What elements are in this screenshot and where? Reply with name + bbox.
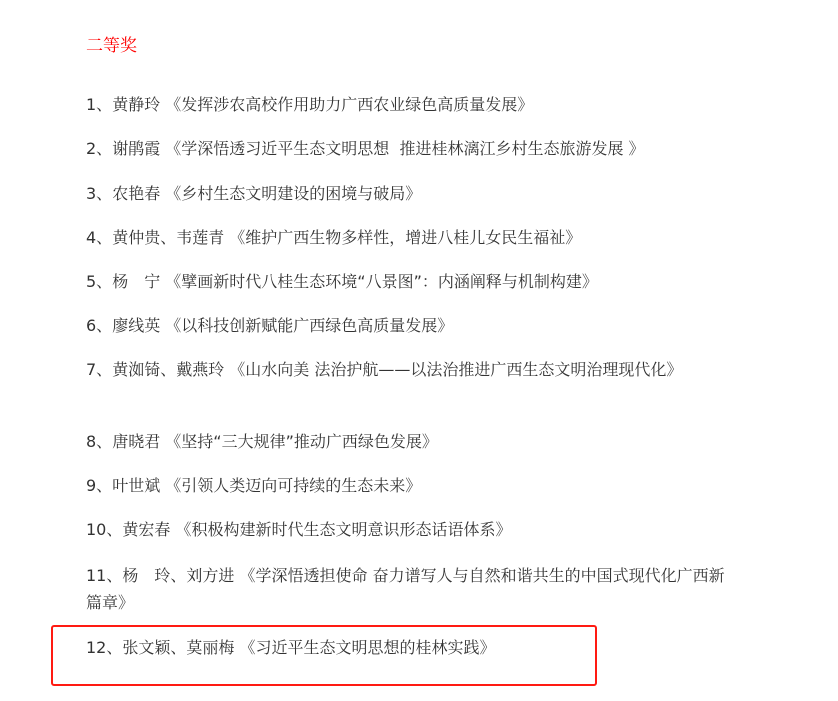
entry-title: 《以科技创新赋能广西绿色高质量发展》 xyxy=(165,316,453,335)
entry-number: 11、 xyxy=(86,566,122,585)
entry-title: 《擘画新时代八桂生态环境“八景图”：内涵阐释与机制构建》 xyxy=(165,272,598,291)
entry-authors: 黄宏春 xyxy=(122,520,170,539)
list-item: 1、黄静玲 《发挥涉农高校作用助力广西农业绿色高质量发展》 xyxy=(86,91,736,118)
award-level-heading: 二等奖 xyxy=(86,34,137,58)
entry-authors: 杨 宁 xyxy=(112,272,160,291)
entry-number: 1、 xyxy=(86,95,112,114)
list-item: 8、唐晓君 《坚持“三大规律”推动广西绿色发展》 xyxy=(86,428,736,455)
entry-number: 4、 xyxy=(86,228,112,247)
list-item: 2、谢鹃霞 《学深悟透习近平生态文明思想 推进桂林漓江乡村生态旅游发展 》 xyxy=(86,135,736,162)
entry-number: 7、 xyxy=(86,360,112,379)
entry-number: 8、 xyxy=(86,432,112,451)
entry-authors: 唐晓君 xyxy=(112,432,160,451)
list-item: 9、叶世斌 《引领人类迈向可持续的生态未来》 xyxy=(86,472,736,499)
entry-authors: 廖线英 xyxy=(112,316,160,335)
entry-number: 5、 xyxy=(86,272,112,291)
entry-title: 《积极构建新时代生态文明意识形态话语体系》 xyxy=(175,520,511,539)
entry-title: 《维护广西生物多样性，增进八桂儿女民生福祉》 xyxy=(229,228,581,247)
list-item: 3、农艳春 《乡村生态文明建设的困境与破局》 xyxy=(86,180,736,207)
entry-number: 10、 xyxy=(86,520,122,539)
list-item: 11、杨 玲、刘方进 《学深悟透担使命 奋力谱写人与自然和谐共生的中国式现代化广… xyxy=(86,562,736,616)
list-item: 4、黄仲贵、韦莲青 《维护广西生物多样性，增进八桂儿女民生福祉》 xyxy=(86,224,736,251)
entry-number: 3、 xyxy=(86,184,112,203)
entry-number: 2、 xyxy=(86,139,112,158)
entry-title: 《山水向美 法治护航——以法治推进广西生态文明治理现代化》 xyxy=(229,360,682,379)
entry-authors: 叶世斌 xyxy=(112,476,160,495)
list-item: 6、廖线英 《以科技创新赋能广西绿色高质量发展》 xyxy=(86,312,736,339)
entry-title: 《发挥涉农高校作用助力广西农业绿色高质量发展》 xyxy=(165,95,533,114)
list-item: 7、黄洳锜、戴燕玲 《山水向美 法治护航——以法治推进广西生态文明治理现代化》 xyxy=(86,356,736,383)
entry-number: 6、 xyxy=(86,316,112,335)
entry-title: 《乡村生态文明建设的困境与破局》 xyxy=(165,184,421,203)
entry-title: 《学深悟透习近平生态文明思想 推进桂林漓江乡村生态旅游发展 》 xyxy=(165,139,644,158)
entry-authors: 杨 玲、刘方进 xyxy=(122,566,234,585)
list-item: 10、黄宏春 《积极构建新时代生态文明意识形态话语体系》 xyxy=(86,516,736,543)
entry-authors: 黄静玲 xyxy=(112,95,160,114)
entry-authors: 黄洳锜、戴燕玲 xyxy=(112,360,224,379)
entry-authors: 黄仲贵、韦莲青 xyxy=(112,228,224,247)
entry-authors: 谢鹃霞 xyxy=(112,139,160,158)
list-item: 5、杨 宁 《擘画新时代八桂生态环境“八景图”：内涵阐释与机制构建》 xyxy=(86,268,736,295)
entry-title: 《坚持“三大规律”推动广西绿色发展》 xyxy=(165,432,438,451)
entry-authors: 农艳春 xyxy=(112,184,160,203)
entry-title: 《引领人类迈向可持续的生态未来》 xyxy=(165,476,421,495)
highlight-annotation-box xyxy=(51,625,597,686)
entry-number: 9、 xyxy=(86,476,112,495)
